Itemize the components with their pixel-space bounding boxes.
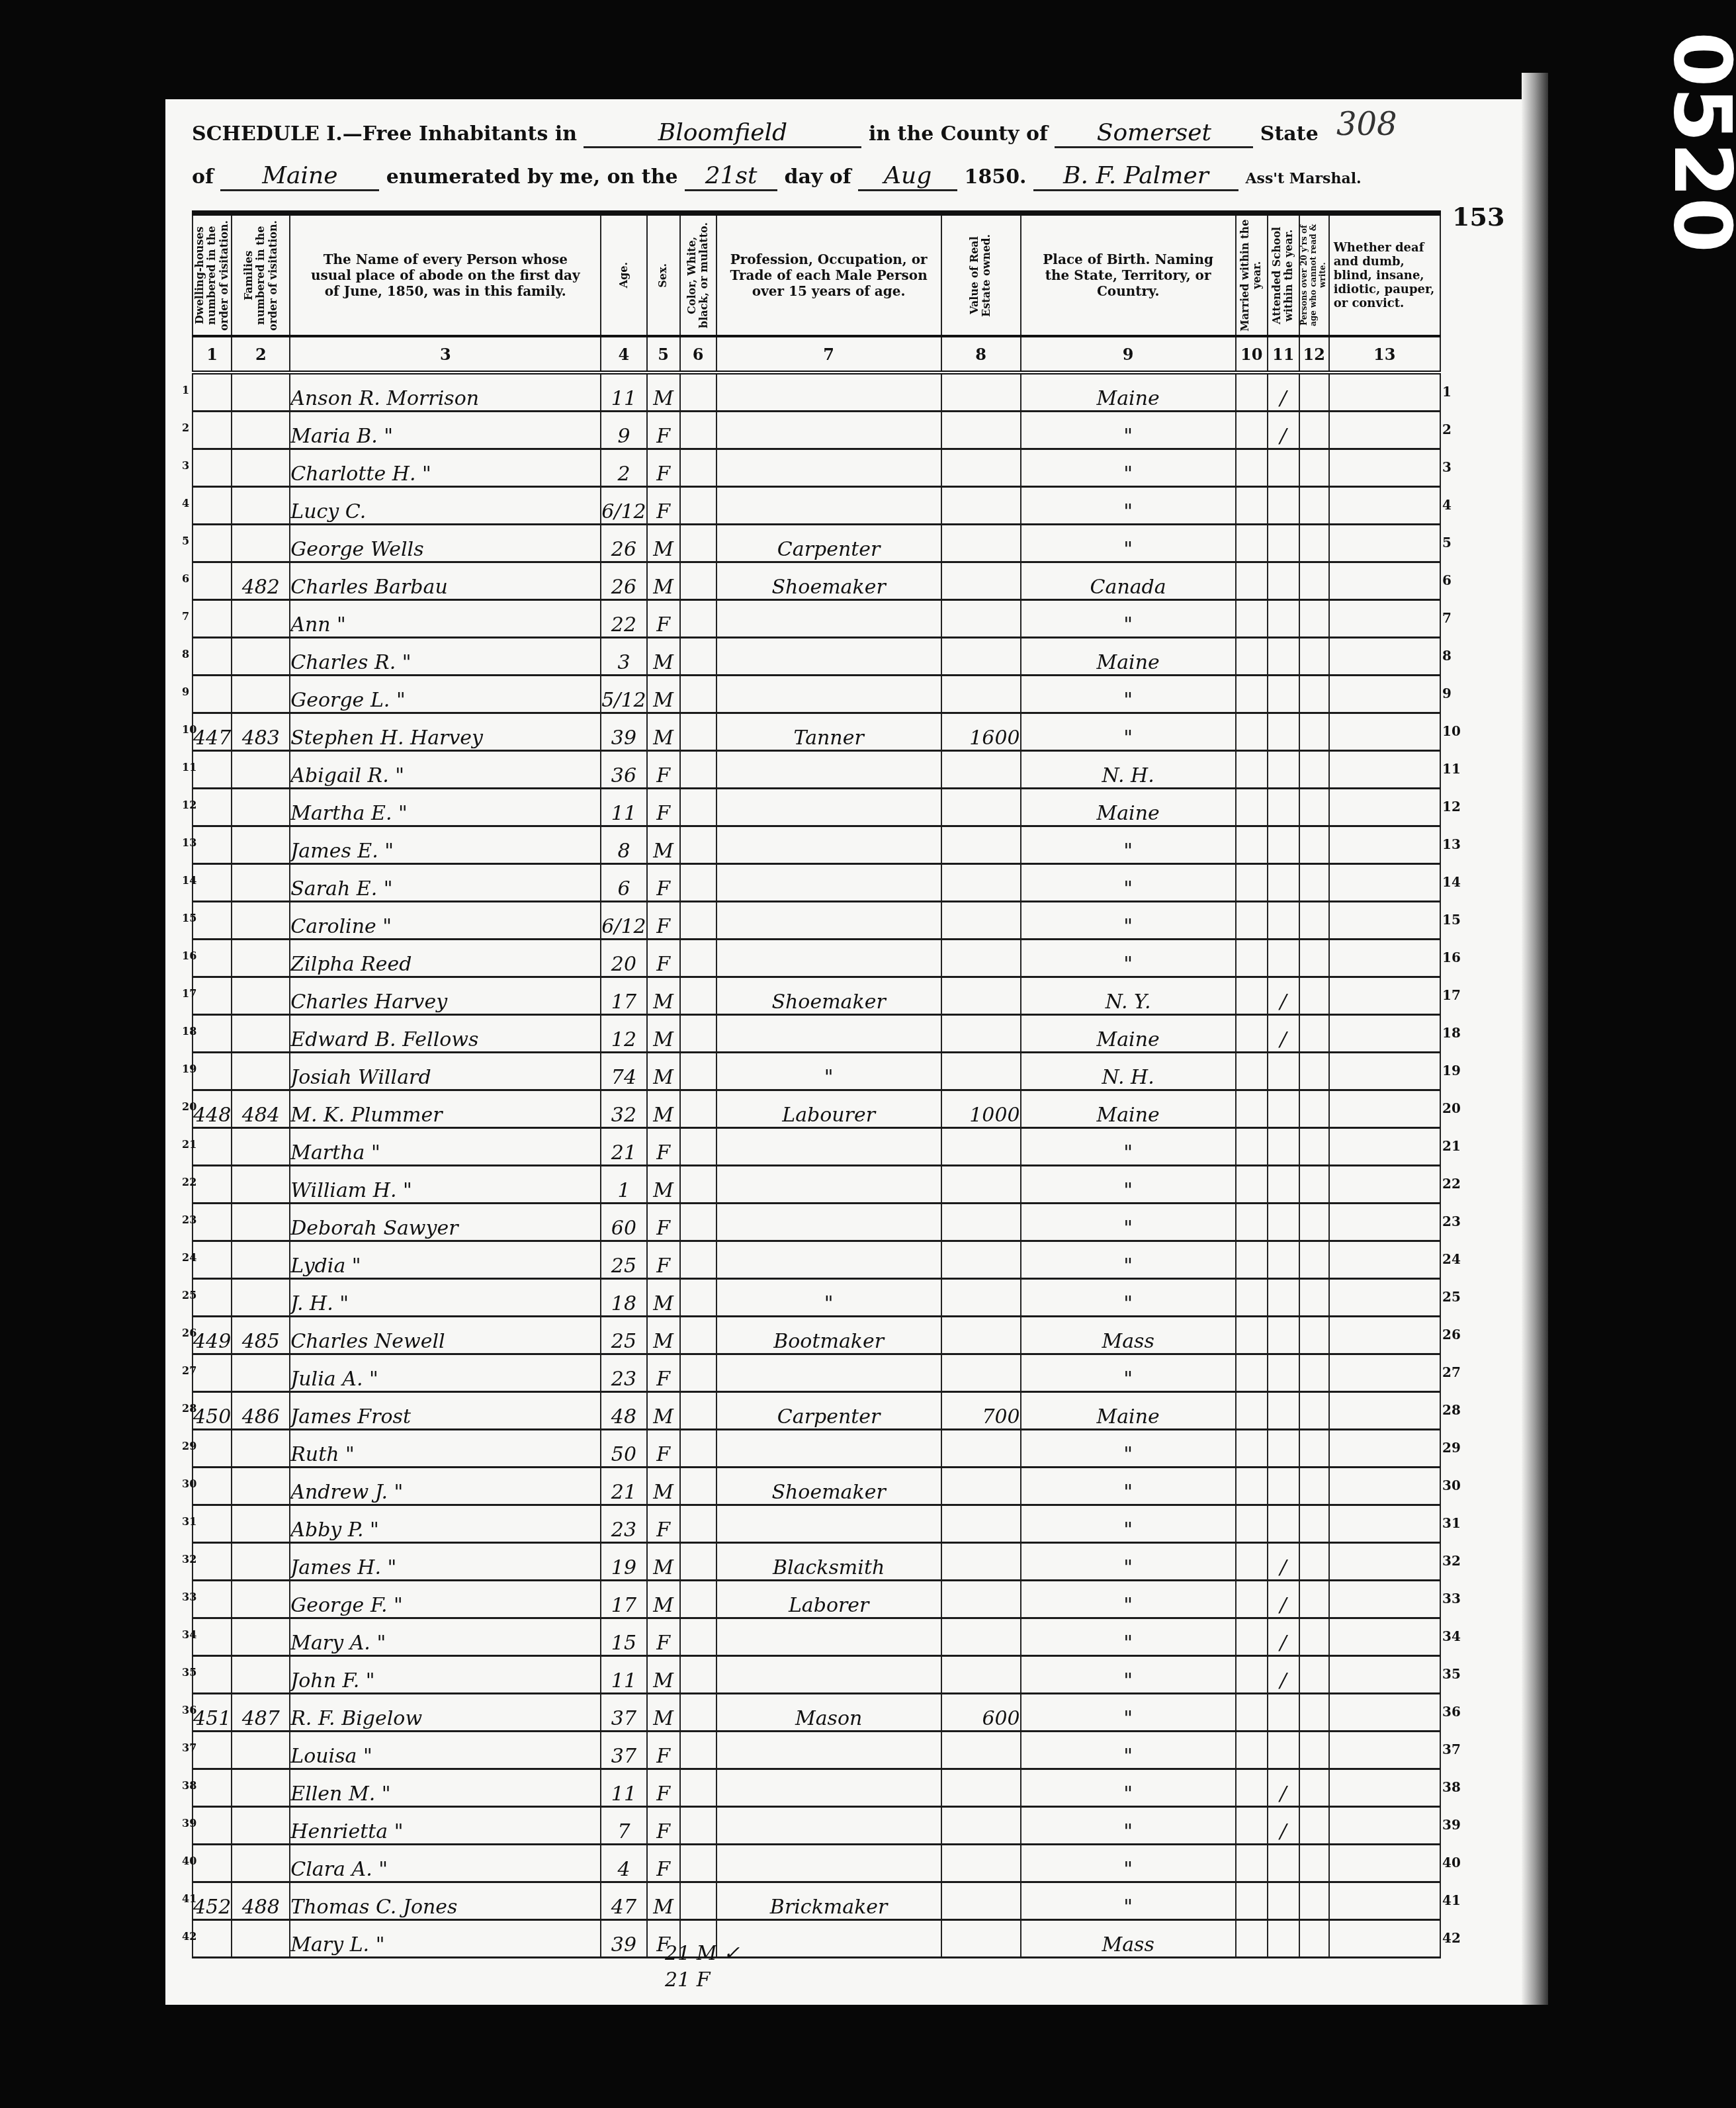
dwelling-number-cell [193, 1204, 232, 1241]
occupation-cell: Shoemaker [716, 562, 941, 600]
real-estate-value-cell [941, 1882, 1021, 1920]
birthplace-cell: " [1021, 1354, 1236, 1392]
person-name-cell: James E. " [290, 826, 601, 864]
state-label: State [1260, 122, 1319, 146]
color-cell [680, 1618, 716, 1656]
school-mark-cell [1268, 940, 1299, 977]
disability-cell [1329, 713, 1440, 751]
school-mark-cell [1268, 1354, 1299, 1392]
occupation-cell [716, 1505, 941, 1543]
table-row: William H. "1M" [193, 1166, 1440, 1204]
age-cell: 2 [601, 449, 646, 487]
illiterate-mark-cell [1299, 1241, 1329, 1279]
real-estate-value-cell [941, 902, 1021, 940]
dwelling-number-cell [193, 449, 232, 487]
family-number-cell [232, 638, 290, 676]
birthplace-cell: " [1021, 902, 1236, 940]
table-row: Henrietta "7F"/ [193, 1807, 1440, 1845]
school-mark-cell [1268, 600, 1299, 638]
header-family: Families numbered in the order of visita… [232, 213, 290, 336]
color-cell [680, 1241, 716, 1279]
married-mark-cell [1236, 1656, 1268, 1694]
school-mark-cell [1268, 1317, 1299, 1354]
day-of-label: day of [784, 165, 851, 189]
married-mark-cell [1236, 826, 1268, 864]
birthplace-cell: " [1021, 1505, 1236, 1543]
dwelling-number-cell: 447 [193, 713, 232, 751]
real-estate-value-cell [941, 864, 1021, 902]
line-number: 34 [1442, 1628, 1461, 1644]
person-name-cell: Charles Newell [290, 1317, 601, 1354]
person-name-cell: M. K. Plummer [290, 1090, 601, 1128]
birthplace-cell: " [1021, 525, 1236, 562]
family-number-cell [232, 600, 290, 638]
person-name-cell: Zilpha Reed [290, 940, 601, 977]
married-mark-cell [1236, 1920, 1268, 1958]
age-cell: 21 [601, 1468, 646, 1505]
line-number-left: 35 [182, 1666, 196, 1679]
real-estate-value-cell [941, 1166, 1021, 1204]
line-number: 20 [1442, 1100, 1461, 1116]
real-estate-value-cell [941, 449, 1021, 487]
film-frame-stamp: 0520 [1667, 0, 1736, 595]
dwelling-number-cell: 451 [193, 1694, 232, 1732]
table-row: Maria B. "9F"/ [193, 412, 1440, 449]
sex-cell: M [647, 1166, 680, 1204]
sex-cell: F [647, 1505, 680, 1543]
color-cell [680, 940, 716, 977]
occupation-cell: Brickmaker [716, 1882, 941, 1920]
person-name-cell: Clara A. " [290, 1845, 601, 1882]
disability-cell [1329, 1543, 1440, 1581]
disability-cell [1329, 1128, 1440, 1166]
illiterate-mark-cell [1299, 1543, 1329, 1581]
schedule-title-line: SCHEDULE I.—Free Inhabitants in Bloomfie… [192, 119, 1319, 148]
birthplace-cell: " [1021, 487, 1236, 525]
occupation-cell: Shoemaker [716, 977, 941, 1015]
disability-cell [1329, 1769, 1440, 1807]
dwelling-number-cell [193, 562, 232, 600]
age-cell: 60 [601, 1204, 646, 1241]
header-disability: Whether deaf and dumb, blind, insane, id… [1329, 213, 1440, 336]
color-cell [680, 713, 716, 751]
line-number-left: 5 [182, 535, 189, 547]
disability-cell [1329, 940, 1440, 977]
occupation-cell: Mason [716, 1694, 941, 1732]
color-cell [680, 1882, 716, 1920]
birthplace-cell: Maine [1021, 1090, 1236, 1128]
dwelling-number-cell [193, 373, 232, 412]
real-estate-value-cell [941, 1807, 1021, 1845]
column-number-row: 1 2 3 4 5 6 7 8 9 10 11 12 13 [193, 336, 1440, 373]
color-cell [680, 1468, 716, 1505]
illiterate-mark-cell [1299, 1732, 1329, 1769]
line-number: 6 [1442, 572, 1452, 588]
line-number-left: 41 [182, 1892, 196, 1905]
family-number-cell [232, 525, 290, 562]
school-mark-cell [1268, 1505, 1299, 1543]
disability-cell [1329, 1241, 1440, 1279]
person-name-cell: Henrietta " [290, 1807, 601, 1845]
dwelling-number-cell [193, 525, 232, 562]
disability-cell [1329, 864, 1440, 902]
dwelling-number-cell: 448 [193, 1090, 232, 1128]
real-estate-value-cell [941, 1241, 1021, 1279]
header-married: Married within the year. [1236, 213, 1268, 336]
sex-cell: F [647, 487, 680, 525]
married-mark-cell [1236, 1354, 1268, 1392]
real-estate-value-cell [941, 1732, 1021, 1769]
table-row: James H. "19MBlacksmith"/ [193, 1543, 1440, 1581]
line-number: 17 [1442, 987, 1461, 1003]
dwelling-number-cell [193, 1581, 232, 1618]
sex-cell: M [647, 638, 680, 676]
dwelling-number-cell [193, 789, 232, 826]
person-name-cell: Charles Harvey [290, 977, 601, 1015]
header-dwelling: Dwelling-houses numbered in the order of… [193, 213, 232, 336]
birthplace-cell: Mass [1021, 1317, 1236, 1354]
real-estate-value-cell [941, 1354, 1021, 1392]
sex-cell: M [647, 977, 680, 1015]
occupation-cell: " [716, 1053, 941, 1090]
person-name-cell: J. H. " [290, 1279, 601, 1317]
married-mark-cell [1236, 751, 1268, 789]
disability-cell [1329, 826, 1440, 864]
line-number-left: 19 [182, 1063, 196, 1075]
married-mark-cell [1236, 789, 1268, 826]
age-cell: 20 [601, 940, 646, 977]
table-row: Mary A. "15F"/ [193, 1618, 1440, 1656]
real-estate-value-cell [941, 789, 1021, 826]
birthplace-cell: " [1021, 1279, 1236, 1317]
birthplace-cell: " [1021, 412, 1236, 449]
school-mark-cell [1268, 1128, 1299, 1166]
real-estate-value-cell [941, 525, 1021, 562]
occupation-cell [716, 1920, 941, 1958]
real-estate-value-cell [941, 826, 1021, 864]
age-cell: 9 [601, 412, 646, 449]
age-cell: 23 [601, 1505, 646, 1543]
table-row: 447483Stephen H. Harvey39MTanner1600" [193, 713, 1440, 751]
age-cell: 26 [601, 562, 646, 600]
age-cell: 37 [601, 1694, 646, 1732]
dwelling-number-cell [193, 826, 232, 864]
color-cell [680, 1279, 716, 1317]
dwelling-number-cell [193, 1920, 232, 1958]
school-mark-cell: / [1268, 977, 1299, 1015]
family-number-cell [232, 412, 290, 449]
age-cell: 19 [601, 1543, 646, 1581]
line-number: 22 [1442, 1176, 1461, 1192]
sex-cell: F [647, 1204, 680, 1241]
married-mark-cell [1236, 1241, 1268, 1279]
color-cell [680, 864, 716, 902]
line-number: 12 [1442, 799, 1461, 814]
disability-cell [1329, 562, 1440, 600]
month-field: Aug [858, 162, 957, 191]
school-mark-cell [1268, 562, 1299, 600]
birthplace-cell: N. H. [1021, 751, 1236, 789]
line-number: 28 [1442, 1402, 1461, 1418]
person-name-cell: George F. " [290, 1581, 601, 1618]
census-rows: Anson R. Morrison11MMaine/Maria B. "9F"/… [193, 373, 1440, 1958]
age-cell: 17 [601, 1581, 646, 1618]
age-cell: 74 [601, 1053, 646, 1090]
real-estate-value-cell [941, 373, 1021, 412]
sex-cell: M [647, 562, 680, 600]
married-mark-cell [1236, 902, 1268, 940]
line-number-left: 30 [182, 1477, 196, 1490]
line-number: 36 [1442, 1704, 1461, 1720]
occupation-cell [716, 412, 941, 449]
dwelling-number-cell [193, 864, 232, 902]
line-number: 4 [1442, 497, 1452, 513]
birthplace-cell: " [1021, 600, 1236, 638]
birthplace-cell: Canada [1021, 562, 1236, 600]
birthplace-cell: " [1021, 1128, 1236, 1166]
occupation-cell [716, 373, 941, 412]
married-mark-cell [1236, 1468, 1268, 1505]
dwelling-number-cell [193, 940, 232, 977]
disability-cell [1329, 373, 1440, 412]
birthplace-cell: N. Y. [1021, 977, 1236, 1015]
line-number: 1 [1442, 384, 1452, 400]
age-cell: 11 [601, 789, 646, 826]
disability-cell [1329, 1354, 1440, 1392]
real-estate-value-cell [941, 1015, 1021, 1053]
line-number-left: 8 [182, 648, 189, 660]
census-table: Dwelling-houses numbered in the order of… [192, 210, 1441, 1958]
sex-cell: M [647, 1015, 680, 1053]
disability-cell [1329, 638, 1440, 676]
real-estate-value-cell [941, 751, 1021, 789]
school-mark-cell [1268, 789, 1299, 826]
family-number-cell: 482 [232, 562, 290, 600]
family-number-cell: 488 [232, 1882, 290, 1920]
color-cell [680, 977, 716, 1015]
line-number: 19 [1442, 1063, 1461, 1078]
school-mark-cell: / [1268, 1543, 1299, 1581]
person-name-cell: George L. " [290, 676, 601, 713]
disability-cell [1329, 902, 1440, 940]
sex-cell: M [647, 1656, 680, 1694]
color-cell [680, 1769, 716, 1807]
line-number-left: 40 [182, 1855, 196, 1867]
table-row: 448484M. K. Plummer32MLabourer1000Maine [193, 1090, 1440, 1128]
line-number-left: 17 [182, 987, 196, 1000]
sex-cell: F [647, 1732, 680, 1769]
line-number-left: 38 [182, 1779, 196, 1792]
age-cell: 17 [601, 977, 646, 1015]
married-mark-cell [1236, 1581, 1268, 1618]
occupation-cell: Carpenter [716, 525, 941, 562]
family-number-cell [232, 1505, 290, 1543]
dwelling-number-cell [193, 1166, 232, 1204]
school-mark-cell [1268, 1694, 1299, 1732]
family-number-cell [232, 826, 290, 864]
illiterate-mark-cell [1299, 1505, 1329, 1543]
line-number: 24 [1442, 1251, 1461, 1267]
table-row: Louisa "37F" [193, 1732, 1440, 1769]
family-number-cell: 483 [232, 713, 290, 751]
real-estate-value-cell [941, 1920, 1021, 1958]
occupation-cell [716, 1618, 941, 1656]
school-mark-cell [1268, 676, 1299, 713]
person-name-cell: Martha " [290, 1128, 601, 1166]
occupation-cell [716, 826, 941, 864]
age-cell: 15 [601, 1618, 646, 1656]
table-row: George F. "17MLaborer"/ [193, 1581, 1440, 1618]
married-mark-cell [1236, 1015, 1268, 1053]
color-cell [680, 1128, 716, 1166]
dwelling-number-cell [193, 1053, 232, 1090]
person-name-cell: Charles R. " [290, 638, 601, 676]
state-field: Maine [220, 162, 379, 191]
occupation-cell: Carpenter [716, 1392, 941, 1430]
line-number-left: 29 [182, 1440, 196, 1452]
line-number: 5 [1442, 535, 1452, 550]
real-estate-value-cell [941, 1618, 1021, 1656]
line-number-left: 32 [182, 1553, 196, 1565]
table-row: Anson R. Morrison11MMaine/ [193, 373, 1440, 412]
person-name-cell: Caroline " [290, 902, 601, 940]
table-row: Caroline "6/12F" [193, 902, 1440, 940]
married-mark-cell [1236, 562, 1268, 600]
age-cell: 50 [601, 1430, 646, 1468]
birthplace-cell: " [1021, 1204, 1236, 1241]
illiterate-mark-cell [1299, 1920, 1329, 1958]
age-cell: 37 [601, 1732, 646, 1769]
sex-cell: F [647, 864, 680, 902]
line-number-left: 13 [182, 836, 196, 849]
family-number-cell [232, 1807, 290, 1845]
color-cell [680, 1430, 716, 1468]
disability-cell [1329, 1882, 1440, 1920]
line-number: 35 [1442, 1666, 1461, 1682]
real-estate-value-cell [941, 1430, 1021, 1468]
illiterate-mark-cell [1299, 1279, 1329, 1317]
family-number-cell [232, 940, 290, 977]
married-mark-cell [1236, 525, 1268, 562]
age-cell: 4 [601, 1845, 646, 1882]
family-number-cell [232, 1166, 290, 1204]
real-estate-value-cell [941, 638, 1021, 676]
real-estate-value-cell [941, 412, 1021, 449]
person-name-cell: James H. " [290, 1543, 601, 1581]
color-cell [680, 1581, 716, 1618]
illiterate-mark-cell [1299, 1392, 1329, 1430]
birthplace-cell: " [1021, 940, 1236, 977]
illiterate-mark-cell [1299, 1015, 1329, 1053]
real-estate-value-cell [941, 1279, 1021, 1317]
line-number-left: 25 [182, 1289, 196, 1301]
table-row: Martha E. "11FMaine [193, 789, 1440, 826]
person-name-cell: Charlotte H. " [290, 449, 601, 487]
real-estate-value-cell [941, 600, 1021, 638]
family-number-cell [232, 1241, 290, 1279]
real-estate-value-cell [941, 562, 1021, 600]
header-school: Attended School within the year. [1268, 213, 1299, 336]
school-mark-cell: / [1268, 1807, 1299, 1845]
person-name-cell: Charles Barbau [290, 562, 601, 600]
real-estate-value-cell [941, 1505, 1021, 1543]
occupation-cell [716, 600, 941, 638]
disability-cell [1329, 600, 1440, 638]
color-cell [680, 373, 716, 412]
disability-cell [1329, 449, 1440, 487]
birthplace-cell: " [1021, 1845, 1236, 1882]
disability-cell [1329, 1015, 1440, 1053]
disability-cell [1329, 1468, 1440, 1505]
real-estate-value-cell [941, 940, 1021, 977]
disability-cell [1329, 1845, 1440, 1882]
person-name-cell: Deborah Sawyer [290, 1204, 601, 1241]
school-mark-cell: / [1268, 373, 1299, 412]
married-mark-cell [1236, 412, 1268, 449]
dwelling-number-cell [193, 1241, 232, 1279]
school-mark-cell: / [1268, 1618, 1299, 1656]
color-cell [680, 562, 716, 600]
family-number-cell [232, 1468, 290, 1505]
illiterate-mark-cell [1299, 1053, 1329, 1090]
disability-cell [1329, 1053, 1440, 1090]
person-name-cell: Julia A. " [290, 1354, 601, 1392]
occupation-cell [716, 1241, 941, 1279]
occupation-cell: Shoemaker [716, 1468, 941, 1505]
school-mark-cell [1268, 826, 1299, 864]
family-number-cell [232, 977, 290, 1015]
birthplace-cell: Mass [1021, 1920, 1236, 1958]
occupation-cell [716, 864, 941, 902]
table-row: Ruth "50F" [193, 1430, 1440, 1468]
birthplace-cell: " [1021, 1241, 1236, 1279]
line-number: 7 [1442, 610, 1452, 626]
married-mark-cell [1236, 1166, 1268, 1204]
line-number-left: 11 [182, 761, 196, 773]
age-cell: 7 [601, 1807, 646, 1845]
line-number-left: 15 [182, 912, 196, 924]
sex-cell: M [647, 1468, 680, 1505]
age-cell: 23 [601, 1354, 646, 1392]
school-mark-cell: / [1268, 1581, 1299, 1618]
school-mark-cell [1268, 1166, 1299, 1204]
person-name-cell: Lucy C. [290, 487, 601, 525]
day-field: 21st [685, 162, 777, 191]
real-estate-value-cell: 700 [941, 1392, 1021, 1430]
real-estate-value-cell [941, 1204, 1021, 1241]
real-estate-value-cell [941, 1128, 1021, 1166]
disability-cell [1329, 1392, 1440, 1430]
illiterate-mark-cell [1299, 1090, 1329, 1128]
birthplace-cell: " [1021, 1807, 1236, 1845]
sex-cell: F [647, 1769, 680, 1807]
sex-cell: M [647, 1053, 680, 1090]
header-sex: Sex. [647, 213, 680, 336]
occupation-cell [716, 789, 941, 826]
illiterate-mark-cell [1299, 1128, 1329, 1166]
birthplace-cell: " [1021, 1769, 1236, 1807]
age-cell: 11 [601, 1769, 646, 1807]
birthplace-cell: " [1021, 1430, 1236, 1468]
illiterate-mark-cell [1299, 713, 1329, 751]
sex-cell: M [647, 1581, 680, 1618]
color-cell [680, 638, 716, 676]
person-name-cell: George Wells [290, 525, 601, 562]
sex-cell: F [647, 1128, 680, 1166]
person-name-cell: Ruth " [290, 1430, 601, 1468]
illiterate-mark-cell [1299, 562, 1329, 600]
occupation-cell [716, 1807, 941, 1845]
